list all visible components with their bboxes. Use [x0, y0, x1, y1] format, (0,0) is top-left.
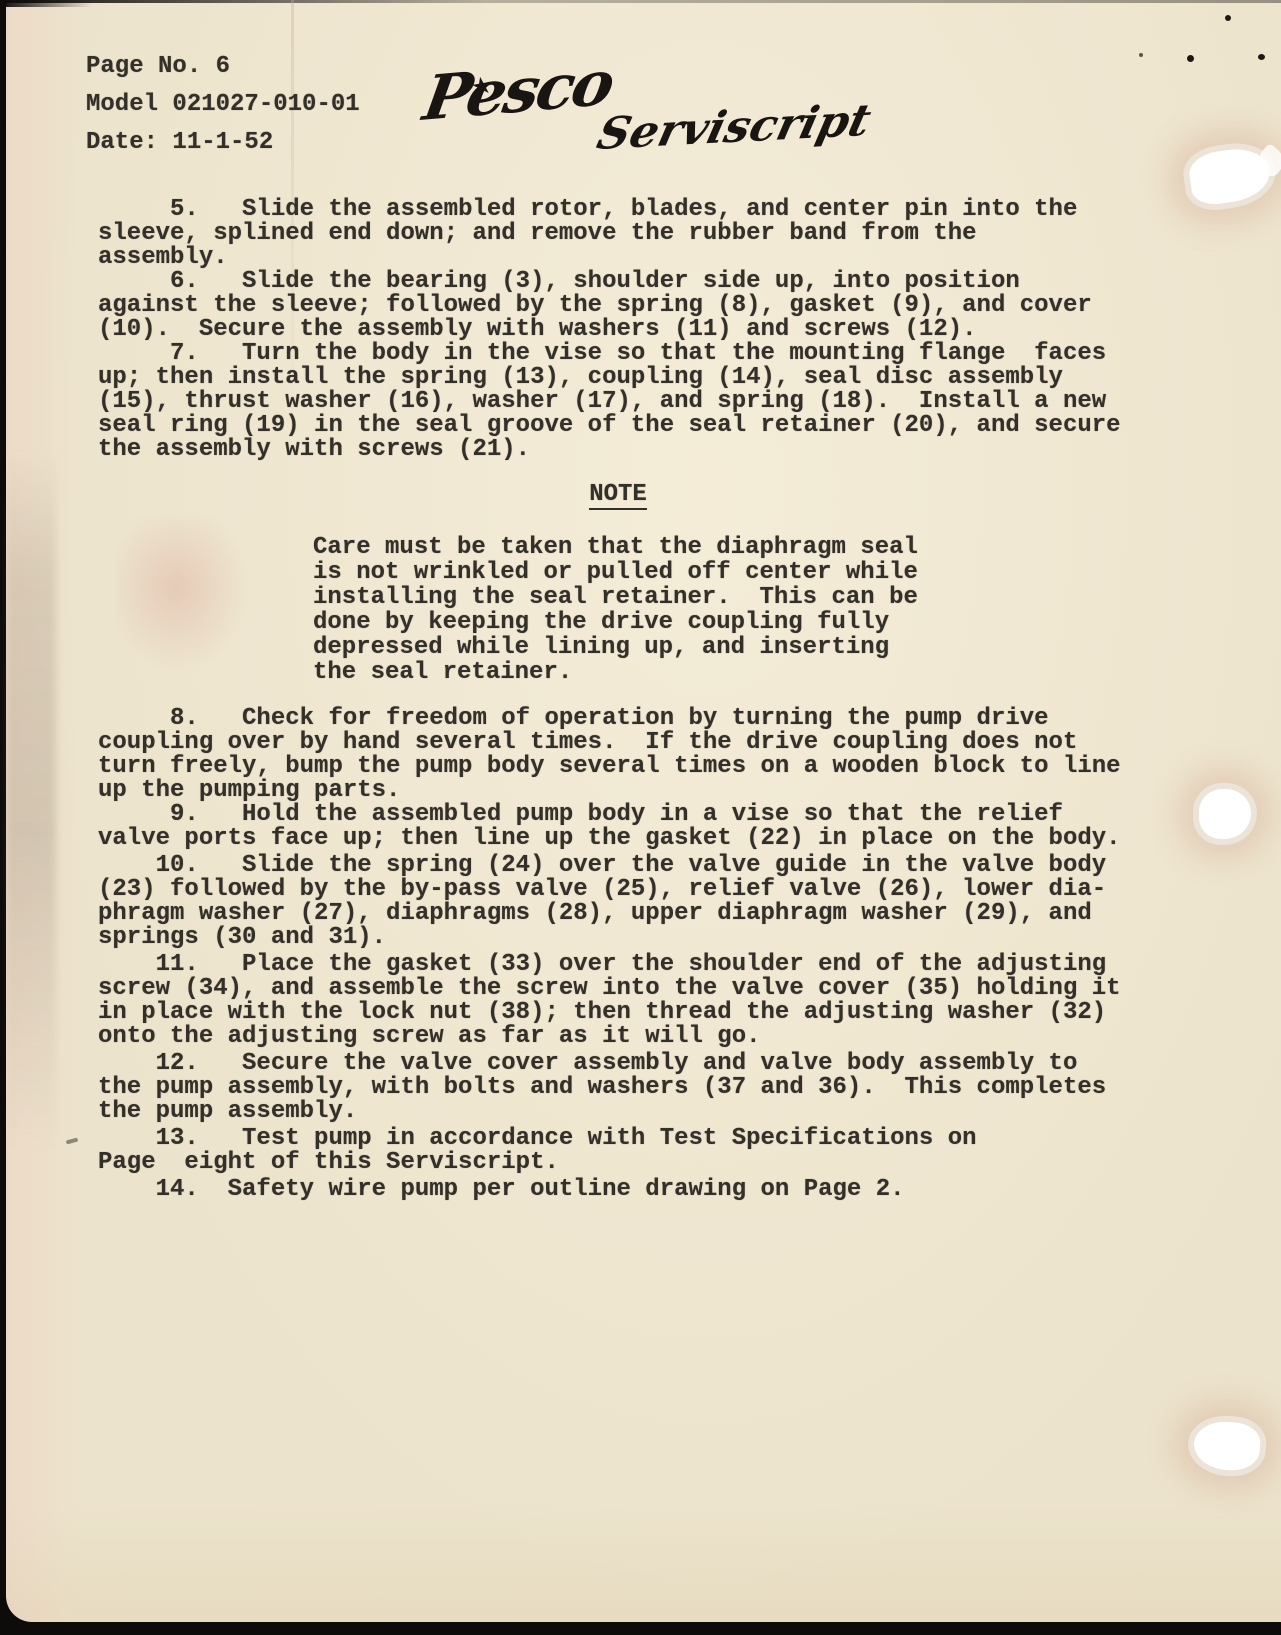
step-10-paragraph: 10. Slide the spring (24) over the valve…: [98, 854, 1138, 950]
margin-smudge: [6, 450, 56, 1150]
model-number: Model 021027-010-01: [86, 93, 360, 117]
ink-speck: [1258, 54, 1265, 60]
step-13-paragraph: 13. Test pump in accordance with Test Sp…: [98, 1127, 1138, 1175]
ink-speck: [1187, 55, 1194, 62]
page-number: Page No. 6: [86, 55, 230, 79]
step-8-paragraph: 8. Check for freedom of operation by tur…: [98, 707, 1138, 803]
step-14-paragraph: 14. Safety wire pump per outline drawing…: [98, 1178, 1138, 1202]
logo-serviscript-text: Serviscript: [593, 99, 875, 157]
document-date: Date: 11-1-52: [86, 131, 273, 155]
scan-top-edge: [0, 0, 1281, 3]
note-heading: NOTE: [98, 483, 1138, 510]
step-5-paragraph: 5. Slide the assembled rotor, blades, an…: [98, 198, 1138, 270]
ink-speck: [1225, 15, 1231, 21]
note-heading-text: NOTE: [589, 483, 647, 510]
note-body: Care must be taken that the diaphragm se…: [313, 535, 1138, 685]
scan-corner-blot: [0, 0, 92, 7]
step-11-paragraph: 11. Place the gasket (33) over the shoul…: [98, 953, 1138, 1049]
logo-brand-text: Pesco: [419, 52, 616, 130]
ink-speck: [1139, 53, 1143, 57]
step-9-paragraph: 9. Hold the assembled pump body in a vis…: [98, 803, 1138, 851]
step-6-paragraph: 6. Slide the bearing (3), shoulder side …: [98, 270, 1138, 342]
pesco-serviscript-logo: Pesco ★ Serviscript: [408, 58, 838, 168]
document-body: 5. Slide the assembled rotor, blades, an…: [98, 198, 1138, 1202]
scanned-document-page: { "document": { "header": { "page_no": "…: [0, 0, 1281, 1635]
step-7-paragraph: 7. Turn the body in the vise so that the…: [98, 342, 1138, 462]
step-12-paragraph: 12. Secure the valve cover assembly and …: [98, 1052, 1138, 1124]
star-icon: ★: [469, 72, 494, 99]
